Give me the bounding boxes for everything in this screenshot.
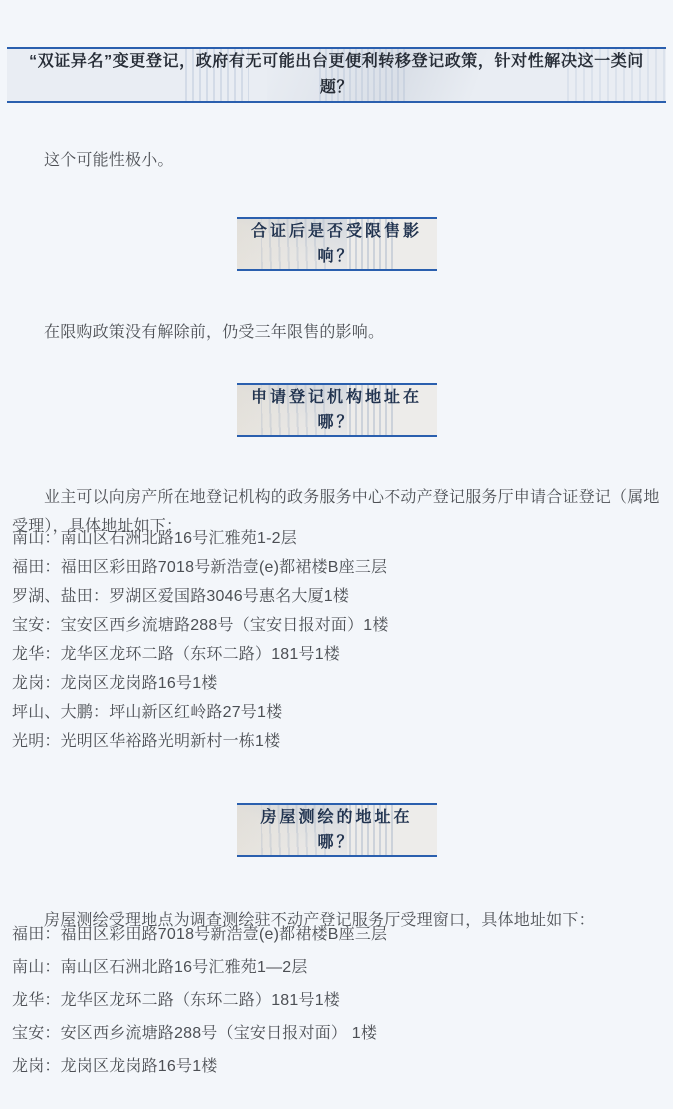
badge-sale-restriction-text: 合证后是否受限售影响？ (251, 223, 422, 265)
survey-item-baoan: 宝安：安区西乡流塘路288号（宝安日报对面） 1楼 (12, 1017, 661, 1050)
badge-registration-address: 申请登记机构地址在哪？ (237, 383, 437, 437)
office-item-futian: 福田：福田区彩田路7018号新浩壹(e)都裙楼B座三层 (12, 553, 661, 582)
article-page: “双证异名”变更登记，政府有无可能出台更便利转移登记政策，针对性解决这一类问题？… (0, 0, 673, 1109)
survey-item-futian: 福田：福田区彩田路7018号新浩壹(e)都裙楼B座三层 (12, 918, 661, 951)
registration-office-list: 南山：南山区石洲北路16号汇雅苑1-2层 福田：福田区彩田路7018号新浩壹(e… (12, 524, 661, 756)
question-banner-text: “双证异名”变更登记，政府有无可能出台更便利转移登记政策，针对性解决这一类问题？ (29, 53, 644, 96)
office-item-luohu-yantian: 罗湖、盐田：罗湖区爱国路3046号惠名大厦1楼 (12, 582, 661, 611)
office-item-guangming: 光明：光明区华裕路光明新村一栋1楼 (12, 727, 661, 756)
survey-item-nanshan: 南山：南山区石洲北路16号汇雅苑1—2层 (12, 951, 661, 984)
survey-item-longhua: 龙华：龙华区龙环二路（东环二路）181号1楼 (12, 984, 661, 1017)
badge-survey-address-text: 房屋测绘的地址在哪？ (260, 809, 412, 851)
survey-office-list: 福田：福田区彩田路7018号新浩壹(e)都裙楼B座三层 南山：南山区石洲北路16… (12, 918, 661, 1083)
office-item-longgang: 龙岗：龙岗区龙岗路16号1楼 (12, 669, 661, 698)
answer-policy-paragraph: 这个可能性极小。 (12, 146, 661, 175)
office-item-baoan: 宝安：宝安区西乡流塘路288号（宝安日报对面）1楼 (12, 611, 661, 640)
answer-sale-restriction-paragraph: 在限购政策没有解除前，仍受三年限售的影响。 (12, 318, 661, 347)
office-item-longhua: 龙华：龙华区龙环二路（东环二路）181号1楼 (12, 640, 661, 669)
badge-survey-address: 房屋测绘的地址在哪？ (237, 803, 437, 857)
badge-registration-address-text: 申请登记机构地址在哪？ (251, 389, 422, 431)
survey-item-longgang: 龙岗：龙岗区龙岗路16号1楼 (12, 1050, 661, 1083)
question-banner: “双证异名”变更登记，政府有无可能出台更便利转移登记政策，针对性解决这一类问题？ (7, 47, 666, 103)
office-item-pingshan-dapeng: 坪山、大鹏：坪山新区红岭路27号1楼 (12, 698, 661, 727)
badge-sale-restriction: 合证后是否受限售影响？ (237, 217, 437, 271)
office-item-nanshan: 南山：南山区石洲北路16号汇雅苑1-2层 (12, 524, 661, 553)
